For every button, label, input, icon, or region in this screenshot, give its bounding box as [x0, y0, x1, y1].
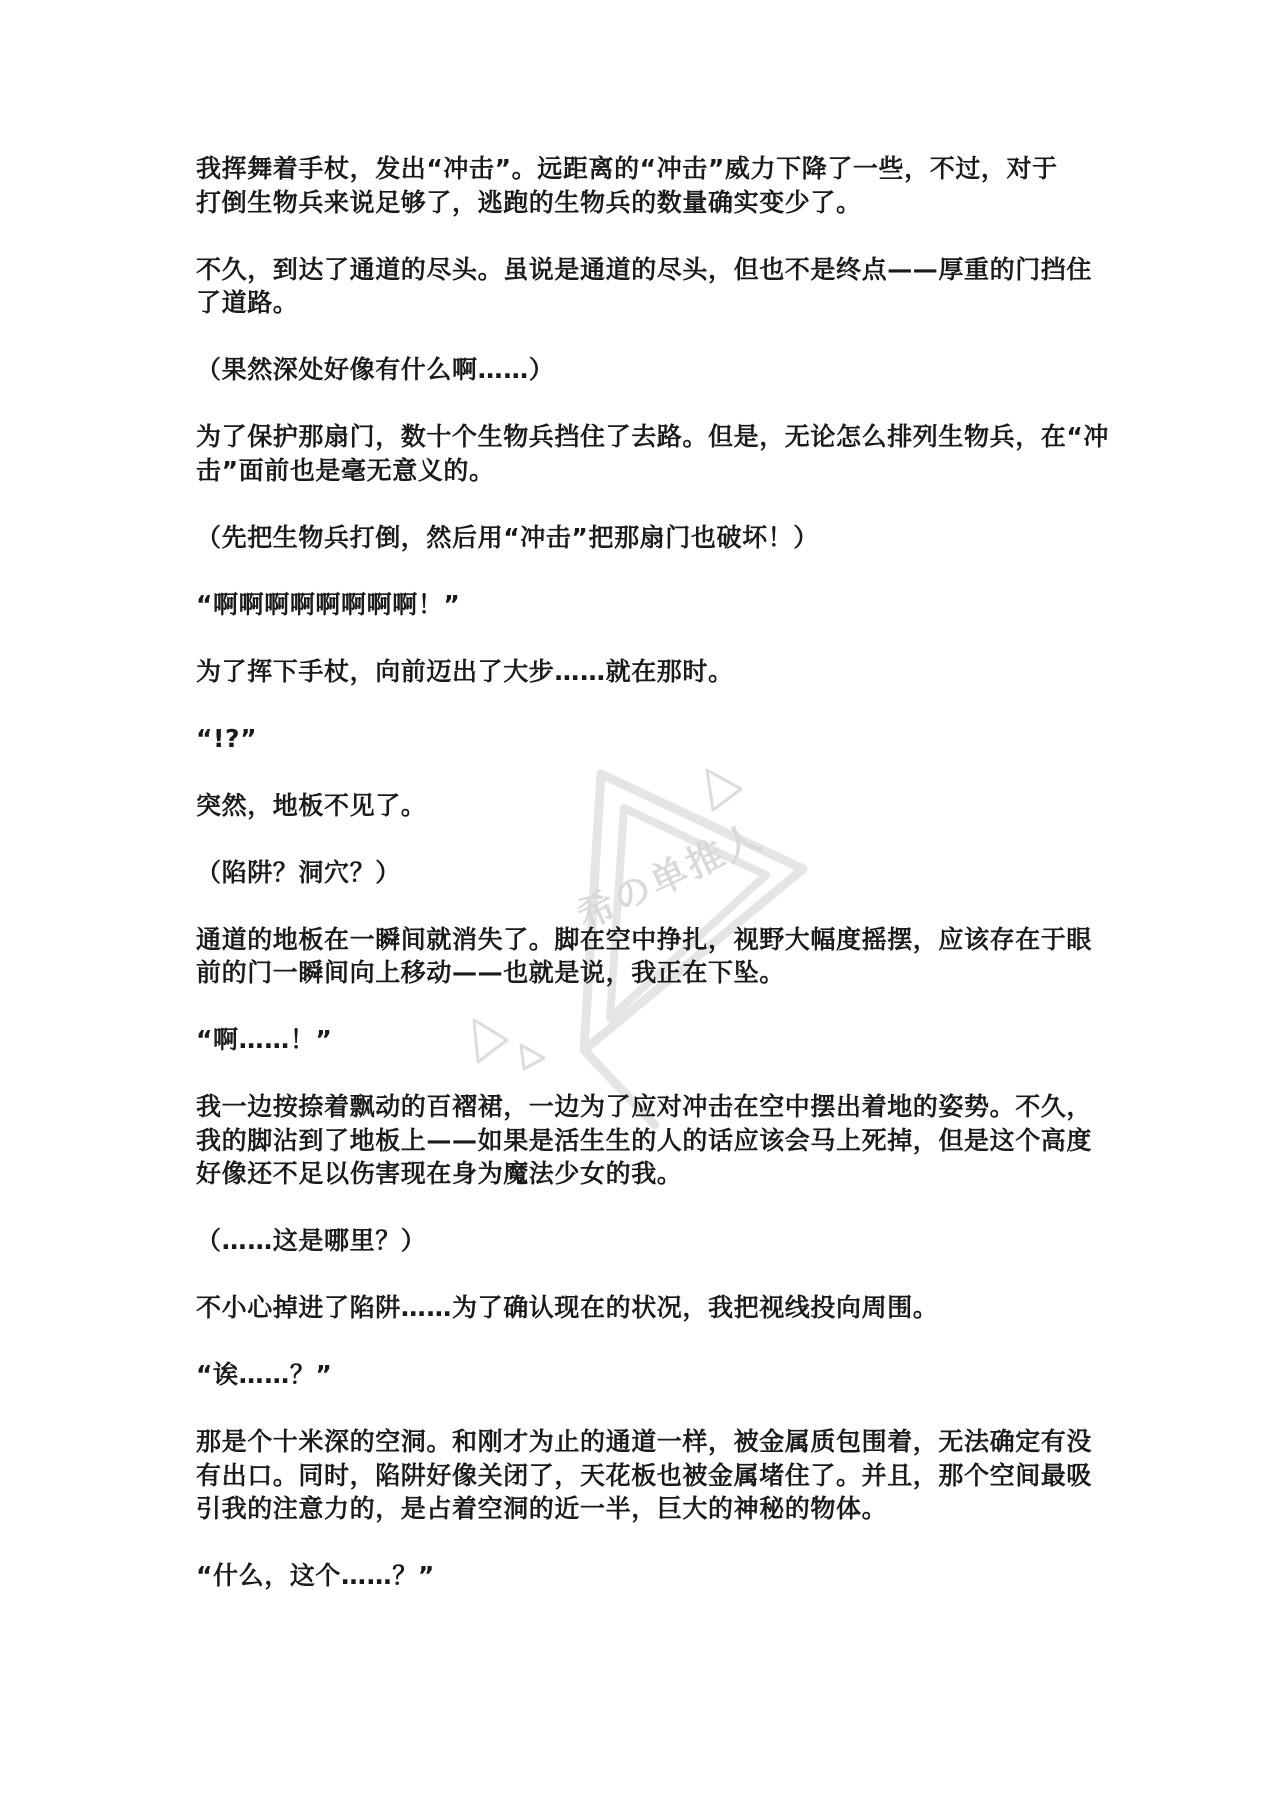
paragraph: 不小心掉进了陷阱……为了确认现在的状况，我把视线投向周围。 — [196, 1291, 1084, 1325]
paragraph: 通道的地板在一瞬间就消失了。脚在空中挣扎，视野大幅度摇摆，应该存在于眼前的门一瞬… — [196, 923, 1084, 990]
paragraph: （……这是哪里？） — [196, 1224, 1084, 1258]
paragraph: 我一边按捺着飘动的百褶裙，一边为了应对冲击在空中摆出着地的姿势。不久，我的脚沾到… — [196, 1090, 1084, 1191]
paragraph: （果然深处好像有什么啊……） — [196, 353, 1084, 387]
paragraph: 突然，地板不见了。 — [196, 789, 1084, 823]
paragraph: “啊啊啊啊啊啊啊啊！” — [196, 588, 1084, 622]
paragraph: 我挥舞着手杖，发出“冲击”。远距离的“冲击”威力下降了一些，不过，对于打倒生物兵… — [196, 152, 1084, 219]
paragraph: 那是个十米深的空洞。和刚才为止的通道一样，被金属质包围着，无法确定有没有出口。同… — [196, 1425, 1084, 1526]
paragraph: “啊……！” — [196, 1023, 1084, 1057]
paragraph: “!?” — [196, 722, 1084, 756]
paragraph: 为了保护那扇门，数十个生物兵挡住了去路。但是，无论怎么排列生物兵，在“冲击”面前… — [196, 420, 1084, 487]
page-text: 我挥舞着手杖，发出“冲击”。远距离的“冲击”威力下降了一些，不过，对于打倒生物兵… — [196, 152, 1084, 1626]
paragraph: 为了挥下手杖，向前迈出了大步……就在那时。 — [196, 655, 1084, 689]
paragraph: （先把生物兵打倒，然后用“冲击”把那扇门也破坏！） — [196, 521, 1084, 555]
paragraph: 不久，到达了通道的尽头。虽说是通道的尽头，但也不是终点——厚重的门挡住了道路。 — [196, 253, 1084, 320]
paragraph: “诶……？” — [196, 1358, 1084, 1392]
paragraph: “什么，这个……？” — [196, 1559, 1084, 1593]
paragraph: （陷阱？洞穴？） — [196, 856, 1084, 890]
document-page: 希の单推人 我挥舞着手杖，发出“冲击”。远距离的“冲击”威力下降了一些，不过，对… — [0, 0, 1280, 1810]
